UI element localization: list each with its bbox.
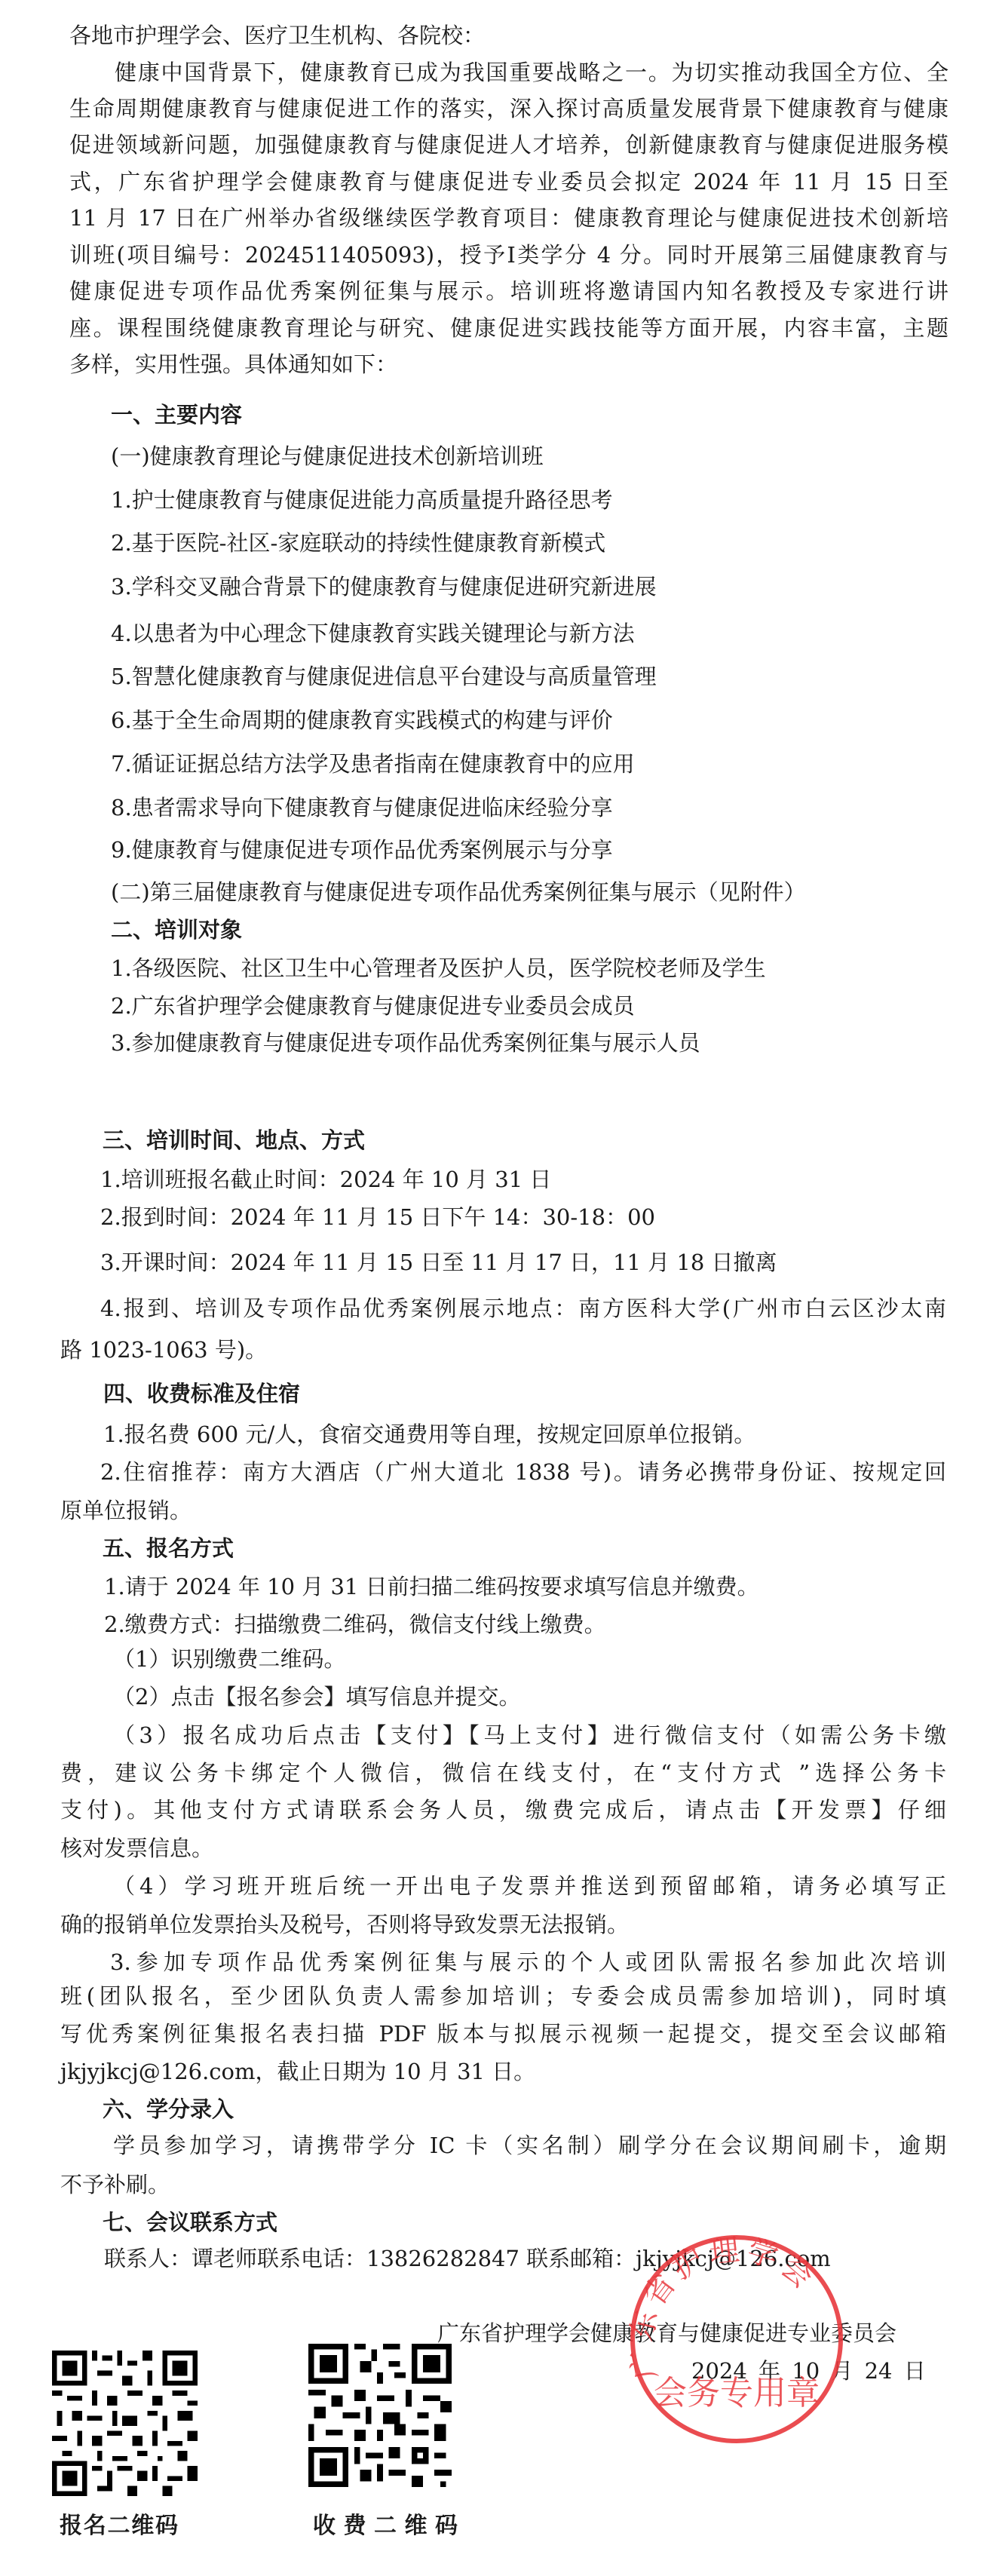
list-item: 1.各级医院、社区卫生中心管理者及医护人员，医学院校老师及学生 [111, 953, 766, 983]
intro-line-8: 座。课程围绕健康教育理论与研究、健康促进实践技能等方面开展，内容丰富，主题 [69, 313, 948, 343]
list-item: 1.培训班报名截止时间：2024 年 10 月 31 日 [100, 1164, 551, 1194]
list-item: 7.循证证据总结方法学及患者指南在健康教育中的应用 [111, 749, 635, 779]
list-item: 9.健康教育与健康促进专项作品优秀案例展示与分享 [111, 835, 613, 865]
section-heading-3: 三、培训时间、地点、方式 [103, 1125, 365, 1155]
list-item: 4.以患者为中心理念下健康教育实践关键理论与新方法 [111, 618, 635, 649]
section-heading-1: 一、主要内容 [111, 400, 242, 430]
intro-line-2: 生命周期健康教育与健康促进工作的落实，深入探讨高质量发展背景下健康教育与健康 [69, 94, 948, 124]
list-item: 2.基于医院-社区-家庭联动的持续性健康教育新模式 [111, 528, 605, 558]
payment-qr-label: 收费二维码 [313, 2511, 458, 2541]
section-heading-4: 四、收费标准及住宿 [103, 1378, 300, 1409]
list-item: 5.智慧化健康教育与健康促进信息平台建设与高质量管理 [111, 661, 657, 692]
paragraph-line: 1.请于 2024 年 10 月 31 日前扫描二维码按要求填写信息并缴费。 [104, 1572, 759, 1602]
paragraph-line: jkjyjkcj@126.com，截止日期为 10 月 31 日。 [60, 2056, 535, 2087]
section-heading-2: 二、培训对象 [111, 915, 242, 945]
paragraph-line: 费，建议公务卡绑定个人微信，微信在线支付，在“支付方式 ”选择公务卡 [60, 1758, 946, 1788]
intro-line-9: 多样，实用性强。具体通知如下： [69, 349, 397, 379]
paragraph-line: （2）点击【报名参会】填写信息并提交。 [113, 1682, 520, 1712]
list-item: 1.护士健康教育与健康促进能力高质量提升路径思考 [111, 485, 613, 515]
signature-organization: 广东省护理学会健康教育与健康促进专业委员会 [437, 2318, 896, 2348]
paragraph-line: 不予补刷。 [60, 2170, 170, 2200]
intro-line-3: 促进领域新问题，加强健康教育与健康促进人才培养，创新健康教育与健康促进服务模 [69, 130, 948, 160]
signature-date: 2024 年 10 月 24 日 [691, 2356, 926, 2386]
contact-info: 联系人：谭老师联系电话：13826282847 联系邮箱：jkjyjkcj@12… [104, 2243, 831, 2274]
list-item: 3.学科交叉融合背景下的健康教育与健康促进研究新进展 [111, 572, 657, 602]
intro-line-6: 训班(项目编号：2024511405093)，授予Ⅰ类学分 4 分。同时开展第三… [69, 240, 948, 270]
intro-line-4: 式，广东省护理学会健康教育与健康促进专业委员会拟定 2024 年 11 月 15… [69, 167, 948, 197]
intro-line-1: 健康中国背景下，健康教育已成为我国重要战略之一。为切实推动我国全方位、全 [115, 57, 948, 87]
list-item: 2.报到时间：2024 年 11 月 15 日下午 14：30-18：00 [100, 1202, 655, 1232]
paragraph-line: 3.参加专项作品优秀案例征集与展示的个人或团队需报名参加此次培训 [110, 1947, 946, 1977]
qr-code-icon [52, 2351, 198, 2496]
list-item: 2.住宿推荐：南方大酒店（广州大道北 1838 号)。请务必携带身份证、按规定回 [100, 1457, 946, 1487]
list-item: 6.基于全生命周期的健康教育实践模式的构建与评价 [111, 705, 613, 735]
list-item: 8.患者需求导向下健康教育与健康促进临床经验分享 [111, 793, 613, 823]
list-item-continuation: 路 1023-1063 号)。 [60, 1335, 267, 1365]
list-item: 1.报名费 600 元/人，食宿交通费用等自理，按规定回原单位报销。 [103, 1419, 755, 1449]
paragraph-line: 写优秀案例征集报名表扫描 PDF 版本与拟展示视频一起提交，提交至会议邮箱 [60, 2019, 946, 2049]
registration-qr-code[interactable] [52, 2351, 198, 2496]
paragraph-line: 确的报销单位发票抬头及税号，否则将导致发票无法报销。 [60, 1909, 629, 1940]
list-item: 2.广东省护理学会健康教育与健康促进专业委员会成员 [111, 991, 635, 1021]
paragraph-line: （1）识别缴费二维码。 [113, 1644, 345, 1674]
paragraph-line: 学员参加学习，请携带学分 IC 卡（实名制）刷学分在会议期间刷卡，逾期 [113, 2130, 946, 2160]
paragraph-line: （4）学习班开班后统一开出电子发票并推送到预留邮箱，请务必填写正 [113, 1871, 946, 1901]
salutation: 各地市护理学会、医疗卫生机构、各院校： [69, 20, 485, 51]
intro-line-5: 11 月 17 日在广州举办省级继续医学教育项目：健康教育理论与健康促进技术创新… [69, 203, 948, 233]
list-item: 4.报到、培训及专项作品优秀案例展示地点：南方医科大学(广州市白云区沙太南 [100, 1293, 946, 1323]
paragraph-line: 2.缴费方式：扫描缴费二维码，微信支付线上缴费。 [104, 1609, 606, 1639]
list-item: 3.开课时间：2024 年 11 月 15 日至 11 月 17 日，11 月 … [100, 1247, 777, 1277]
list-item-continuation: 原单位报销。 [60, 1495, 192, 1526]
intro-line-7: 健康促进专项作品优秀案例征集与展示。培训班将邀请国内知名教授及专家进行讲 [69, 276, 948, 306]
registration-qr-label: 报名二维码 [60, 2511, 178, 2541]
list-item: 3.参加健康教育与健康促进专项作品优秀案例征集与展示人员 [111, 1028, 700, 1058]
payment-qr-code[interactable] [308, 2344, 452, 2487]
section-heading-7: 七、会议联系方式 [103, 2207, 277, 2237]
qr-code-icon [308, 2344, 452, 2487]
section-heading-6: 六、学分录入 [103, 2094, 234, 2124]
section-heading-5: 五、报名方式 [103, 1533, 234, 1563]
paragraph-line: （3）报名成功后点击【支付】【马上支付】进行微信支付（如需公务卡缴 [113, 1720, 946, 1750]
paragraph-line: 支付)。其他支付方式请联系会务人员，缴费完成后，请点击【开发票】仔细 [60, 1795, 946, 1825]
subsection-2: (二)第三届健康教育与健康促进专项作品优秀案例征集与展示（见附件） [111, 877, 806, 907]
paragraph-line: 班(团队报名，至少团队负责人需参加培训；专委会成员需参加培训)，同时填 [60, 1981, 946, 2011]
paragraph-line: 核对发票信息。 [60, 1833, 213, 1863]
subsection-1: (一)健康教育理论与健康促进技术创新培训班 [111, 441, 544, 471]
